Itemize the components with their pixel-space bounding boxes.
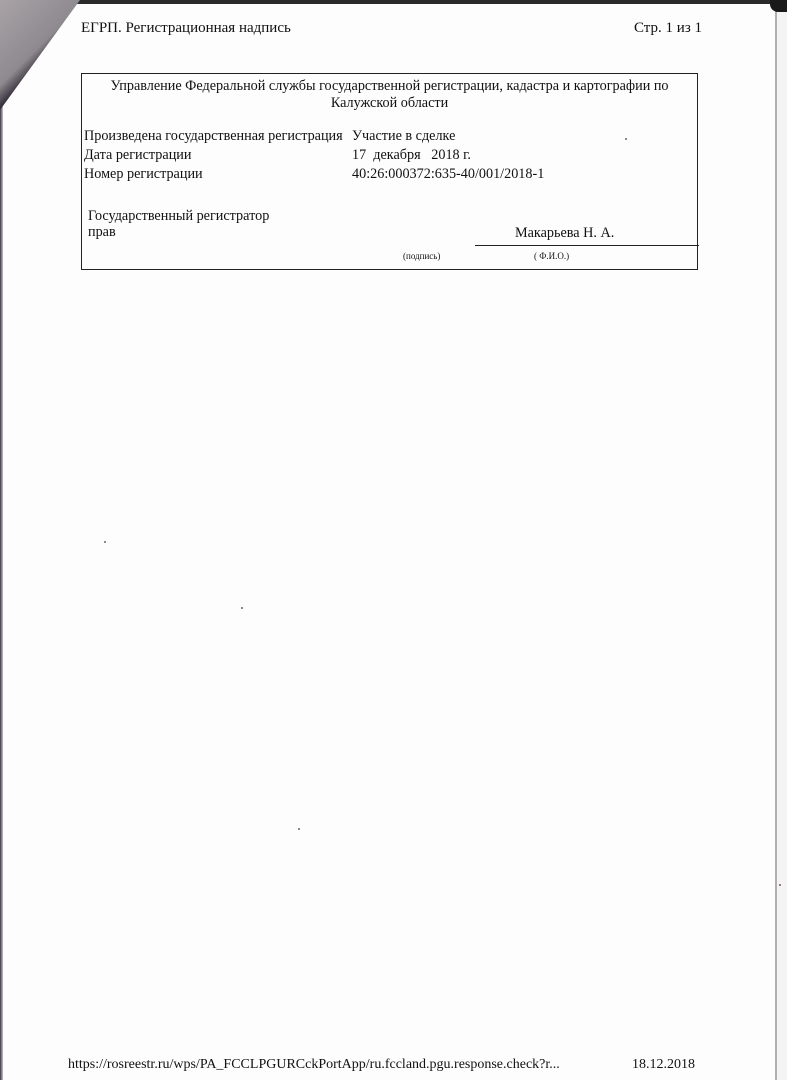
- registrar-label-line-2: прав: [88, 224, 269, 240]
- registration-type-value: Участие в сделке: [352, 128, 455, 145]
- registrar-label: Государственный регистратор прав: [88, 208, 269, 240]
- registrar-label-line-1: Государственный регистратор: [88, 208, 269, 224]
- registration-number-value: 40:26:000372:635-40/001/2018-1: [352, 166, 544, 183]
- fio-caption: ( Ф.И.О.): [534, 251, 569, 261]
- scan-left-edge: [0, 0, 3, 1080]
- authority-line-2: Калужской области: [82, 95, 697, 112]
- scan-speck: [298, 828, 300, 830]
- registration-date-value: 17 декабря 2018 г.: [352, 147, 471, 164]
- registration-stamp-box: Управление Федеральной службы государств…: [81, 73, 698, 270]
- scan-right-margin: [777, 0, 787, 1080]
- scan-top-edge: [0, 0, 787, 4]
- scan-right-corner: [770, 0, 787, 12]
- signature-caption: (подпись): [403, 251, 440, 261]
- source-url: https://rosreestr.ru/wps/PA_FCCLPGURCckP…: [68, 1057, 560, 1073]
- registrar-name: Макарьева Н. А.: [515, 225, 614, 242]
- scan-speck: [779, 884, 781, 886]
- fio-underline: [475, 245, 699, 246]
- scan-speck: [625, 138, 627, 140]
- registration-type-label: Произведена государственная регистрация: [84, 128, 343, 145]
- print-date: 18.12.2018: [632, 1057, 695, 1073]
- scan-speck: [104, 541, 106, 543]
- page-indicator: Стр. 1 из 1: [634, 20, 702, 37]
- authority-name: Управление Федеральной службы государств…: [82, 78, 697, 112]
- scan-folded-corner-shadow: [0, 0, 80, 110]
- scan-speck: [241, 607, 243, 609]
- authority-line-1: Управление Федеральной службы государств…: [110, 78, 668, 94]
- registration-date-label: Дата регистрации: [84, 147, 191, 164]
- document-title: ЕГРП. Регистрационная надпись: [81, 20, 291, 37]
- registration-number-label: Номер регистрации: [84, 166, 203, 183]
- scan-right-edge: [775, 10, 777, 1080]
